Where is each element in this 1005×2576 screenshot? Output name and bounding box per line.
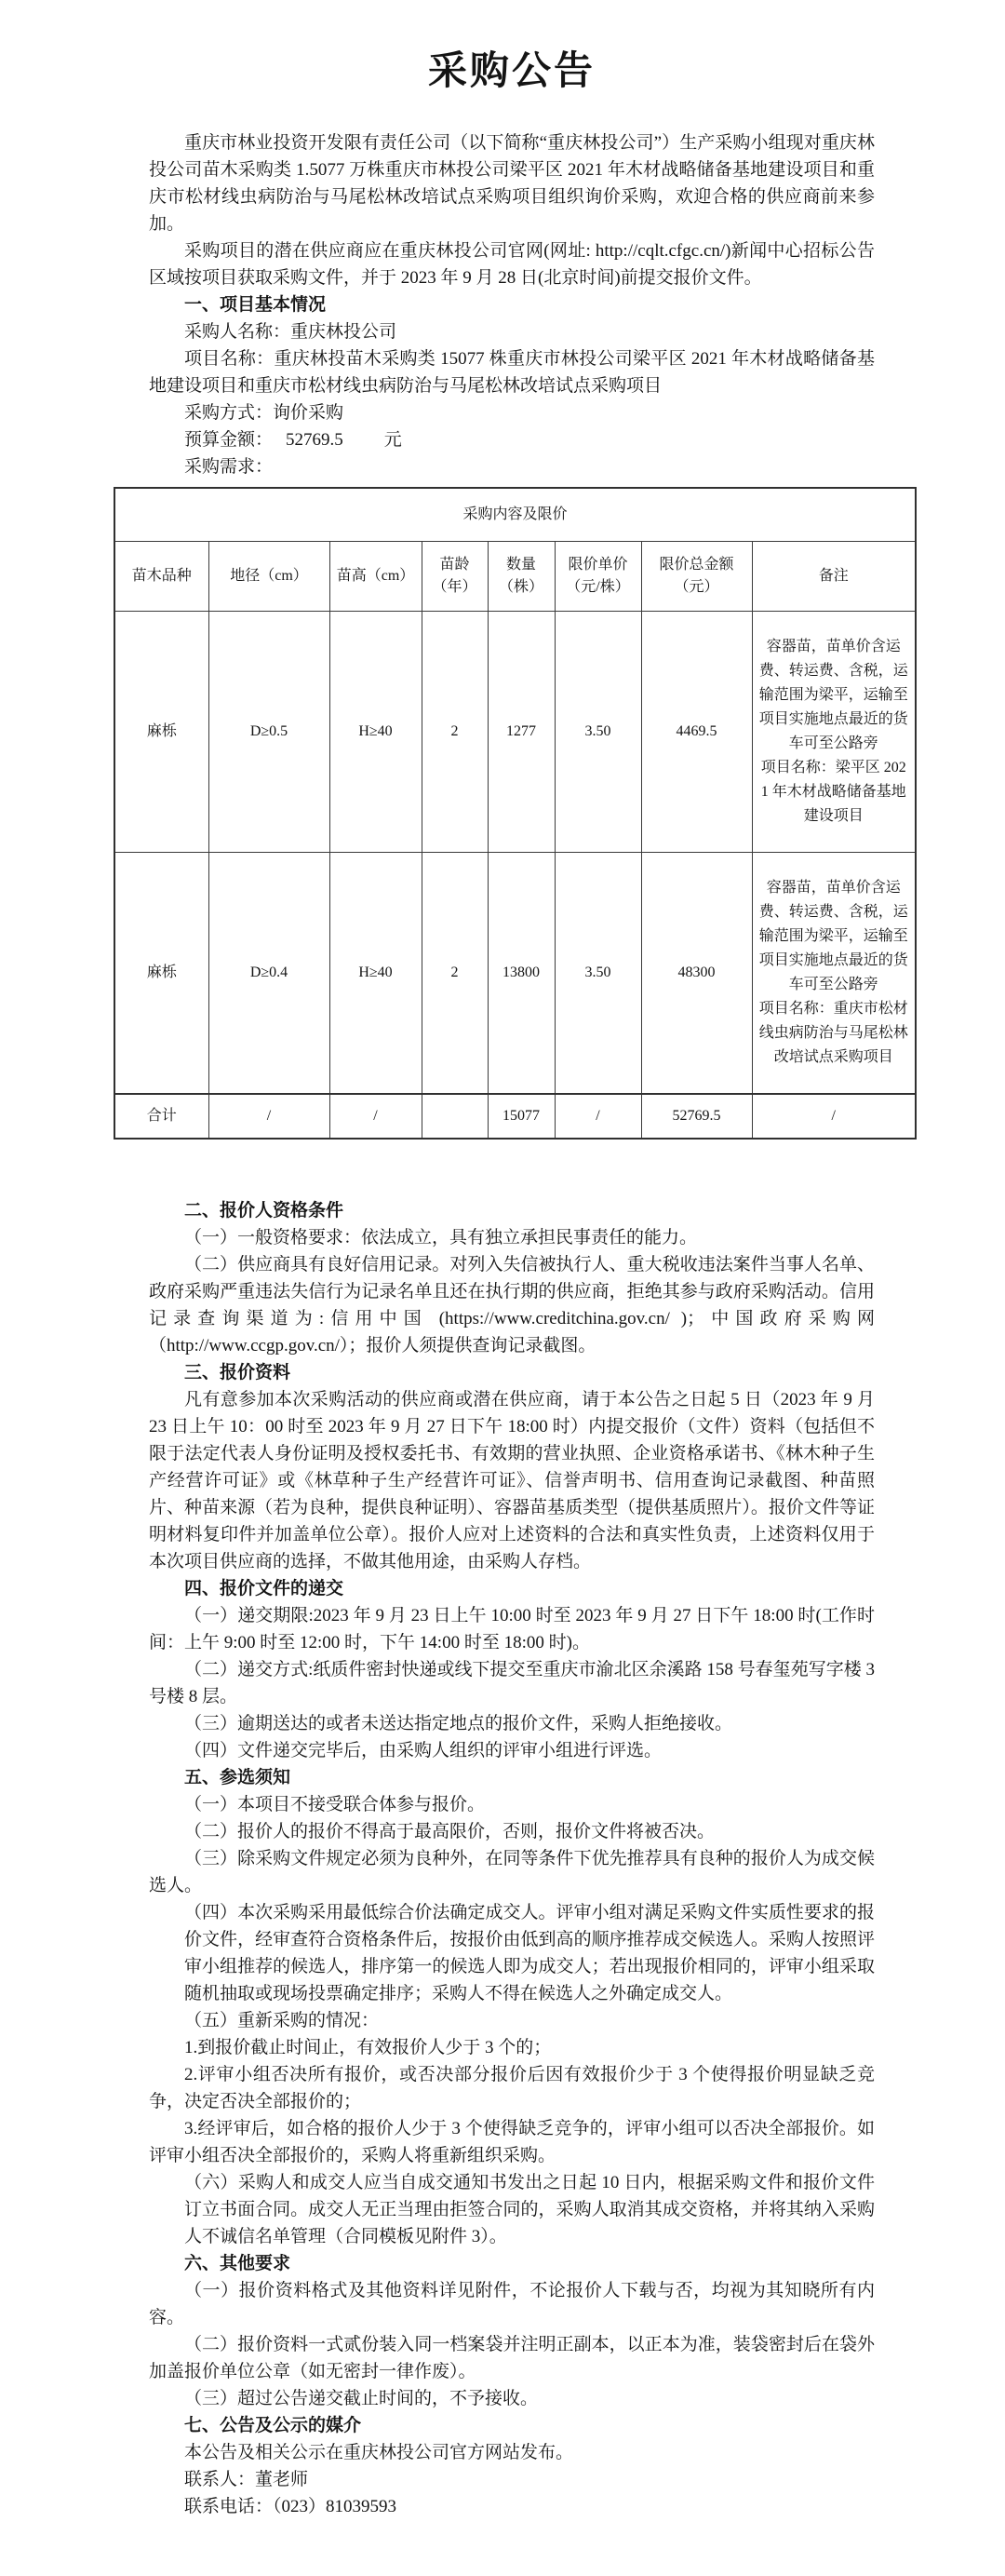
section-2-heading: 二、报价人资格条件 — [149, 1197, 875, 1224]
section-6-paragraph: （三）超过公告递交截止时间的，不予接收。 — [149, 2385, 875, 2412]
section-5-paragraph: （三）除采购文件规定必须为良种外，在同等条件下优先推荐具有良种的报价人为成交候选… — [149, 1845, 875, 1899]
page-title: 采购公告 — [149, 47, 875, 98]
total-diameter: / — [208, 1094, 329, 1139]
section-4-heading: 四、报价文件的递交 — [149, 1575, 875, 1602]
col-header-species: 苗木品种 — [114, 541, 208, 611]
section-7-heading: 七、公告及公示的媒介 — [149, 2412, 875, 2439]
col-header-diameter: 地径（cm） — [208, 541, 329, 611]
project-name-line: 项目名称：重庆林投苗木采购类 15077 株重庆市林投公司梁平区 2021 年木… — [149, 345, 875, 399]
budget-amount: 52769.5 — [273, 430, 353, 450]
section-3-paragraph: 凡有意参加本次采购活动的供应商或潜在供应商，请于本公告之日起 5 日（2023 … — [149, 1386, 875, 1575]
section-1-heading: 一、项目基本情况 — [149, 291, 875, 318]
total-label: 合计 — [114, 1094, 208, 1139]
cell-total-price: 4469.5 — [641, 611, 752, 852]
cell-diameter: D≥0.4 — [208, 852, 329, 1094]
col-header-total-price: 限价总金额 （元） — [641, 541, 752, 611]
section-4-paragraph: （一）递交期限:2023 年 9 月 23 日上午 10:00 时至 2023 … — [149, 1602, 875, 1656]
col-header-qty: 数量 （株） — [488, 541, 555, 611]
intro-paragraph-2: 采购项目的潜在供应商应在重庆林投公司官网(网址: http://cqlt.cfg… — [149, 237, 875, 291]
total-age — [422, 1094, 488, 1139]
price-table: 采购内容及限价 苗木品种 地径（cm） 苗高（cm） 苗龄 （年） 数量 （株）… — [114, 487, 917, 1140]
procurement-method-line: 采购方式：询价采购 — [149, 399, 875, 426]
section-5-numbered-item: 2.评审小组否决所有报价，或否决部分报价后因有效报价少于 3 个使得报价明显缺乏… — [149, 2061, 875, 2115]
section-6-paragraph: （二）报价资料一式贰份装入同一档案袋并注明正副本，以正本为准，装袋密封后在袋外加… — [149, 2331, 875, 2385]
cell-species: 麻栎 — [114, 852, 208, 1094]
cell-age: 2 — [422, 852, 488, 1094]
cell-remark: 容器苗，苗单价含运费、转运费、含税，运输范围为梁平，运输至项目实施地点最近的货车… — [752, 611, 916, 852]
col-header-remark: 备注 — [752, 541, 916, 611]
cell-height: H≥40 — [329, 611, 422, 852]
cell-total-price: 48300 — [641, 852, 752, 1094]
budget-line: 预算金额：52769.5元 — [149, 426, 875, 453]
budget-label: 预算金额： — [184, 430, 273, 450]
cell-diameter: D≥0.5 — [208, 611, 329, 852]
section-4-paragraph: （四）文件递交完毕后，由采购人组织的评审小组进行评选。 — [149, 1737, 875, 1764]
contact-name-line: 联系人：董老师 — [149, 2466, 875, 2493]
section-2-paragraph: （二）供应商具有良好信用记录。对列入失信被执行人、重大税收违法案件当事人名单、政… — [149, 1251, 875, 1359]
demand-label-line: 采购需求： — [149, 453, 875, 480]
table-row: 麻栎 D≥0.4 H≥40 2 13800 3.50 48300 容器苗，苗单价… — [114, 852, 916, 1094]
col-header-age: 苗龄 （年） — [422, 541, 488, 611]
cell-unit-price: 3.50 — [555, 611, 641, 852]
total-remark: / — [752, 1094, 916, 1139]
total-height: / — [329, 1094, 422, 1139]
cell-unit-price: 3.50 — [555, 852, 641, 1094]
section-5-paragraph: （六）采购人和成交人应当自成交通知书发出之日起 10 日内，根据采购文件和报价文… — [149, 2169, 875, 2250]
section-5-numbered-item: 1.到报价截止时间止，有效报价人少于 3 个的； — [149, 2034, 875, 2061]
cell-height: H≥40 — [329, 852, 422, 1094]
intro-paragraph-1: 重庆市林业投资开发限有责任公司（以下简称“重庆林投公司”）生产采购小组现对重庆林… — [149, 129, 875, 237]
section-7-paragraph: 本公告及相关公示在重庆林投公司官方网站发布。 — [149, 2439, 875, 2466]
section-6-paragraph: （一）报价资料格式及其他资料详见附件，不论报价人下载与否，均视为其知晓所有内容。 — [149, 2277, 875, 2331]
cell-qty: 13800 — [488, 852, 555, 1094]
section-2-paragraph: （一）一般资格要求：依法成立，具有独立承担民事责任的能力。 — [149, 1224, 875, 1251]
section-5-numbered-item: 3.经评审后，如合格的报价人少于 3 个使得缺乏竞争的，评审小组可以否决全部报价… — [149, 2115, 875, 2169]
purchaser-name-line: 采购人名称：重庆林投公司 — [149, 318, 875, 345]
table-row: 麻栎 D≥0.5 H≥40 2 1277 3.50 4469.5 容器苗，苗单价… — [114, 611, 916, 852]
cell-remark: 容器苗，苗单价含运费、转运费、含税，运输范围为梁平，运输至项目实施地点最近的货车… — [752, 852, 916, 1094]
section-4-paragraph: （二）递交方式:纸质件密封快递或线下提交至重庆市渝北区余溪路 158 号春玺苑写… — [149, 1656, 875, 1710]
total-qty: 15077 — [488, 1094, 555, 1139]
col-header-unit-price: 限价单价 （元/株） — [555, 541, 641, 611]
table-caption-row: 采购内容及限价 — [114, 488, 916, 542]
section-4-paragraph: （三）逾期送达的或者未送达指定地点的报价文件，采购人拒绝接收。 — [149, 1710, 875, 1737]
total-unit-price: / — [555, 1094, 641, 1139]
cell-age: 2 — [422, 611, 488, 852]
section-5-paragraph: （五）重新采购的情况： — [149, 2007, 875, 2034]
cell-species: 麻栎 — [114, 611, 208, 852]
table-total-row: 合计 / / 15077 / 52769.5 / — [114, 1094, 916, 1139]
section-5-heading: 五、参选须知 — [149, 1764, 875, 1791]
section-5-paragraph: （四）本次采购采用最低综合价法确定成交人。评审小组对满足采购文件实质性要求的报价… — [149, 1899, 875, 2007]
section-5-paragraph: （一）本项目不接受联合体参与报价。 — [149, 1791, 875, 1818]
cell-qty: 1277 — [488, 611, 555, 852]
col-header-height: 苗高（cm） — [329, 541, 422, 611]
total-price: 52769.5 — [641, 1094, 752, 1139]
procurement-announcement-document: 采购公告 重庆市林业投资开发限有责任公司（以下简称“重庆林投公司”）生产采购小组… — [0, 0, 1005, 2576]
budget-unit: 元 — [353, 430, 402, 450]
section-3-heading: 三、报价资料 — [149, 1359, 875, 1386]
section-5-paragraph: （二）报价人的报价不得高于最高限价，否则，报价文件将被否决。 — [149, 1818, 875, 1845]
section-6-heading: 六、其他要求 — [149, 2250, 875, 2277]
table-caption: 采购内容及限价 — [114, 488, 916, 542]
table-header-row: 苗木品种 地径（cm） 苗高（cm） 苗龄 （年） 数量 （株） 限价单价 （元… — [114, 541, 916, 611]
contact-phone-line: 联系电话：（023）81039593 — [149, 2493, 875, 2520]
